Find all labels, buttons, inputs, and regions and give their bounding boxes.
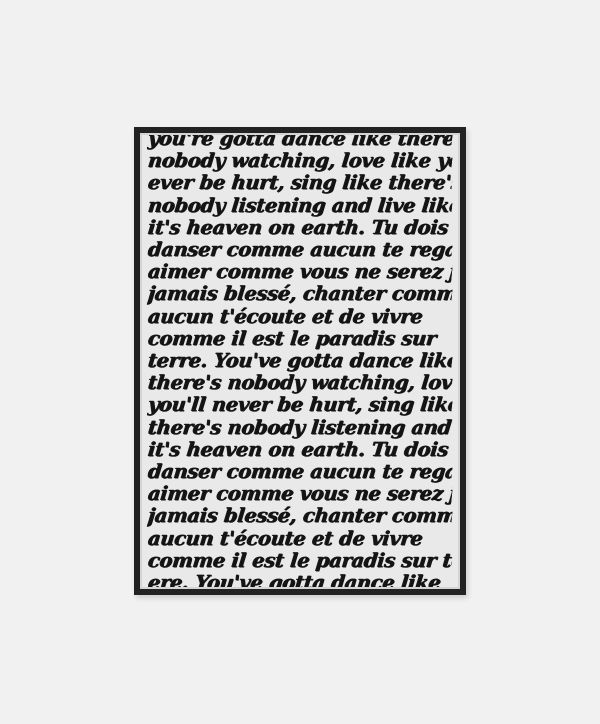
picture-frame: you're gotta dance like there's nobody w… xyxy=(134,127,466,595)
text-line: it's heaven on earth. Tu dois da xyxy=(147,439,453,461)
text-line: there's nobody watching, love like xyxy=(147,372,453,394)
text-line: terre. You've gotta dance like xyxy=(147,350,453,372)
text-line: aucun t'écoute et de vivre xyxy=(147,528,453,550)
text-line: there's nobody listening and live like xyxy=(147,417,453,439)
text-line: aimer comme vous ne serez jam xyxy=(147,261,453,283)
text-line: it's heaven on earth. Tu dois xyxy=(147,217,453,239)
text-line: ere. You've gotta dance like xyxy=(147,572,453,589)
handwritten-text: you're gotta dance like there's nobody w… xyxy=(148,133,452,589)
text-line: aucun t'écoute et de vivre xyxy=(147,306,453,328)
text-line: ever be hurt, sing like there's xyxy=(147,172,453,194)
text-line: danser comme aucun te regarde, xyxy=(147,461,453,483)
text-line: comme il est le paradis sur xyxy=(147,328,453,350)
text-line: you're gotta dance like there's xyxy=(147,133,453,150)
text-line: jamais blessé, chanter comme a xyxy=(147,505,453,527)
text-line: nobody watching, love like you xyxy=(147,150,453,172)
art-print: you're gotta dance like there's nobody w… xyxy=(140,133,460,589)
text-line: danser comme aucun te regarde, xyxy=(147,239,453,261)
text-line: aimer comme vous ne serez jam xyxy=(147,483,453,505)
text-line: you'll never be hurt, sing like xyxy=(147,394,453,416)
text-line: nobody listening and live like xyxy=(147,195,453,217)
text-line: comme il est le paradis sur te xyxy=(147,550,453,572)
text-line: jamais blessé, chanter comme xyxy=(147,283,453,305)
